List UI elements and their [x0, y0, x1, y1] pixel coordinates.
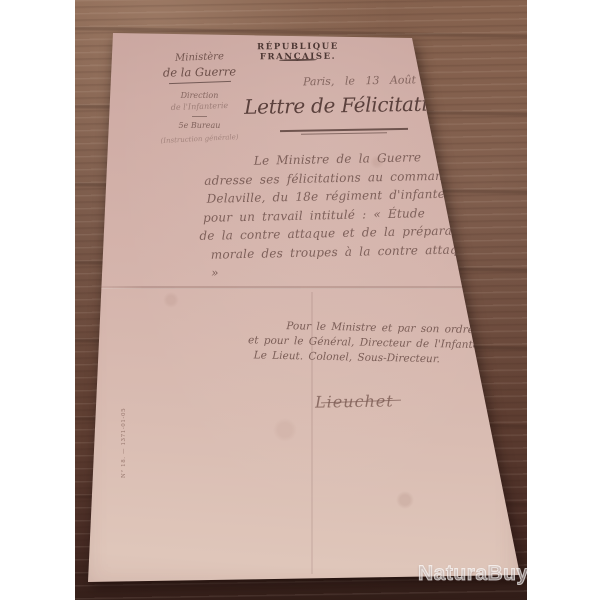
- naturabuy-watermark: NaturaBuy: [418, 562, 527, 586]
- letterhead-underline: [169, 81, 231, 84]
- paper-shadow-wrap: RÉPUBLIQUE FRANÇAISE. Ministère de la Gu…: [75, 0, 527, 600]
- letterhead-bureau: 5e Bureau: [137, 121, 262, 130]
- letter-body: Le Ministre de la Guerre adresse ses fél…: [198, 147, 481, 282]
- letterhead-de-la-guerre: de la Guerre: [137, 64, 262, 80]
- printers-reference-number: N° 18. — 1371-01-05: [121, 398, 127, 478]
- auction-photo-page: RÉPUBLIQUE FRANÇAISE. Ministère de la Gu…: [0, 0, 600, 600]
- date-line: Paris, le 13 Août 1918: [303, 73, 455, 89]
- letterhead-dash: [192, 116, 207, 117]
- closing-formula: Pour le Ministre et par son ordre, et po…: [248, 318, 509, 368]
- photo-of-document-on-wood-table: RÉPUBLIQUE FRANÇAISE. Ministère de la Gu…: [75, 0, 527, 600]
- letter-sheet: RÉPUBLIQUE FRANÇAISE. Ministère de la Gu…: [75, 0, 527, 600]
- letterhead-ministere: Ministère: [137, 50, 262, 65]
- document-title: Lettre de Félicitations: [243, 91, 463, 119]
- body-line: Le Ministre de la Guerre: [254, 147, 478, 170]
- body-line: morale des troupes à la contre attaque »: [211, 240, 481, 283]
- horizontal-fold-crease: [75, 286, 527, 289]
